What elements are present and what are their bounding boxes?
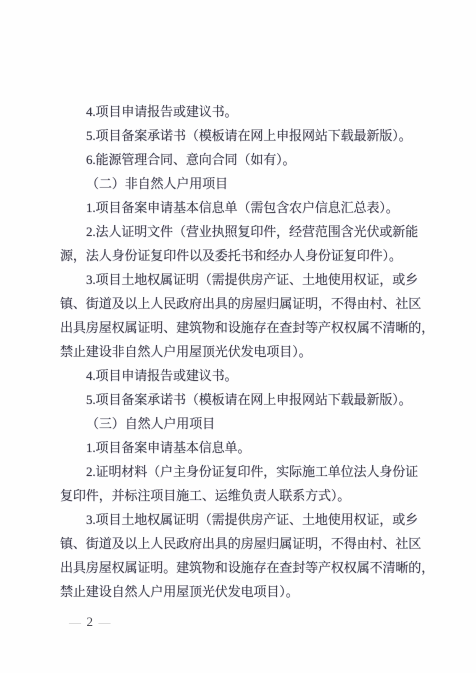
page-number: —2— xyxy=(64,614,116,630)
text-line: 2.法人证明文件（营业执照复印件，经营范围含光伏或新能 xyxy=(60,220,442,244)
text-line: 源，法人身份证复印件以及委托书和经办人身份证复印件）。 xyxy=(60,244,442,268)
text-line: 3.项目土地权属证明（需提供房产证、土地使用权证，或乡 xyxy=(60,508,442,532)
text-line: 禁止建设自然人户用屋顶光伏发电项目）。 xyxy=(60,580,442,604)
text-line: 5.项目备案承诺书（模板请在网上申报网站下载最新版）。 xyxy=(60,388,442,412)
text-line: 3.项目土地权属证明（需提供房产证、土地使用权证，或乡 xyxy=(60,268,442,292)
page-number-right-dash: — xyxy=(99,615,112,629)
page-number-value: 2 xyxy=(87,614,94,629)
text-line: 1.项目备案申请基本信息单。 xyxy=(60,436,442,460)
text-line: 出具房屋权属证明。建筑物和设施存在查封等产权权属不清晰的， xyxy=(60,556,442,580)
text-line: 镇、街道及以上人民政府出具的房屋归属证明，不得由村、社区 xyxy=(60,292,442,316)
text-line: （三）自然人户用项目 xyxy=(60,412,442,436)
page-number-left-dash: — xyxy=(69,615,82,629)
text-line: 5.项目备案承诺书（模板请在网上申报网站下载最新版）。 xyxy=(60,124,442,148)
text-line: 1.项目备案申请基本信息单（需包含农户信息汇总表）。 xyxy=(60,196,442,220)
text-line: 禁止建设非自然人户用屋顶光伏发电项目）。 xyxy=(60,340,442,364)
text-line: 复印件，并标注项目施工、运维负责人联系方式）。 xyxy=(60,484,442,508)
text-line: 镇、街道及以上人民政府出具的房屋归属证明，不得由村、社区 xyxy=(60,532,442,556)
document-text-block: 4.项目申请报告或建议书。5.项目备案承诺书（模板请在网上申报网站下载最新版）。… xyxy=(60,100,442,604)
text-line: （二）非自然人户用项目 xyxy=(60,172,442,196)
text-line: 4.项目申请报告或建议书。 xyxy=(60,100,442,124)
text-line: 4.项目申请报告或建议书。 xyxy=(60,364,442,388)
document-page: 4.项目申请报告或建议书。5.项目备案承诺书（模板请在网上申报网站下载最新版）。… xyxy=(0,0,476,673)
text-line: 出具房屋权属证明、建筑物和设施存在查封等产权权属不清晰的， xyxy=(60,316,442,340)
text-line: 6.能源管理合同、意向合同（如有）。 xyxy=(60,148,442,172)
text-line: 2.证明材料（户主身份证复印件，实际施工单位法人身份证 xyxy=(60,460,442,484)
